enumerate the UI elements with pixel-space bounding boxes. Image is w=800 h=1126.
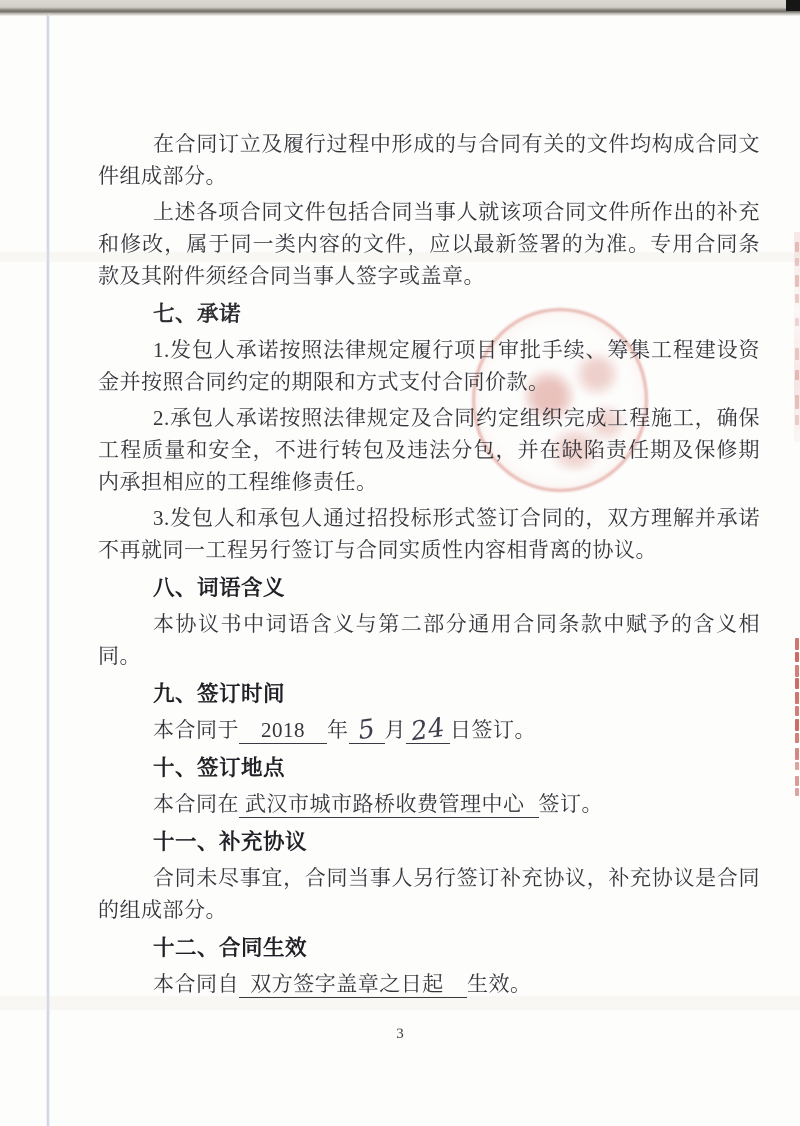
scanned-contract-page: 在合同订立及履行过程中形成的与合同有关的文件均构成合同文件组成部分。 上述各项合… <box>0 0 800 1126</box>
signing-month-blank: 5 <box>349 716 385 744</box>
signing-month-handwritten: 5 <box>356 716 376 744</box>
day-suffix: 日签订。 <box>450 718 536 742</box>
signing-place-blank: 武汉市城市路桥收费管理中心 <box>239 791 539 818</box>
scan-top-edge-artifact <box>0 0 800 16</box>
signing-day-handwritten: 24 <box>409 715 446 745</box>
supplementary-paragraph: 合同未尽事宜，合同当事人另行签订补充协议，补充协议是合同的组成部分。 <box>98 862 760 926</box>
promise-item-1: 1.发包人承诺按照法律规定履行项目审批手续、筹集工程建设资金并按照合同约定的期限… <box>98 334 760 398</box>
signing-time-prefix: 本合同于 <box>153 718 239 742</box>
month-label: 月 <box>385 718 407 742</box>
contract-body: 在合同订立及履行过程中形成的与合同有关的文件均构成合同文件组成部分。 上述各项合… <box>98 128 760 1004</box>
scan-edge-artifacts <box>790 0 800 1126</box>
signing-place-prefix: 本合同在 <box>153 792 239 816</box>
intro-paragraph-2: 上述各项合同文件包括合同当事人就该项合同文件所作出的补充和修改，属于同一类内容的… <box>98 196 760 292</box>
promise-item-2: 2.承包人承诺按照法律规定及合同约定组织完成工程施工，确保工程质量和安全，不进行… <box>98 402 760 498</box>
section-heading-8-definitions: 八、词语含义 <box>98 572 760 604</box>
section-heading-7-promises: 七、承诺 <box>98 298 760 330</box>
signing-place-sentence: 本合同在武汉市城市路桥收费管理中心签订。 <box>98 788 760 820</box>
signing-place-suffix: 签订。 <box>539 792 604 816</box>
signing-time-sentence: 本合同于2018年5月24日签订。 <box>98 714 760 746</box>
effectiveness-condition-value: 双方签字盖章之日起 <box>250 972 444 996</box>
promise-item-3: 3.发包人和承包人通过招投标形式签订合同的，双方理解并承诺不再就同一工程另行签订… <box>98 502 760 566</box>
section-heading-12-effectiveness: 十二、合同生效 <box>98 932 760 964</box>
intro-paragraph-1: 在合同订立及履行过程中形成的与合同有关的文件均构成合同文件组成部分。 <box>98 128 760 192</box>
effectiveness-condition-blank: 双方签字盖章之日起 <box>239 971 467 998</box>
definitions-paragraph: 本协议书中词语含义与第二部分通用合同条款中赋予的含义相同。 <box>98 608 760 672</box>
section-heading-11-supplementary: 十一、补充协议 <box>98 826 760 858</box>
page-number: 3 <box>0 1026 800 1043</box>
page-fold-line <box>46 14 50 1126</box>
signing-year-blank: 2018 <box>239 717 327 744</box>
effectiveness-prefix: 本合同自 <box>153 972 239 996</box>
year-label: 年 <box>327 718 349 742</box>
effectiveness-sentence: 本合同自双方签字盖章之日起生效。 <box>98 968 760 1000</box>
signing-day-blank: 24 <box>406 716 450 744</box>
section-heading-9-signing-time: 九、签订时间 <box>98 678 760 710</box>
effectiveness-suffix: 生效。 <box>467 972 532 996</box>
section-heading-10-signing-place: 十、签订地点 <box>98 752 760 784</box>
signing-place-value: 武汉市城市路桥收费管理中心 <box>245 792 525 816</box>
signing-year-value: 2018 <box>261 718 305 742</box>
